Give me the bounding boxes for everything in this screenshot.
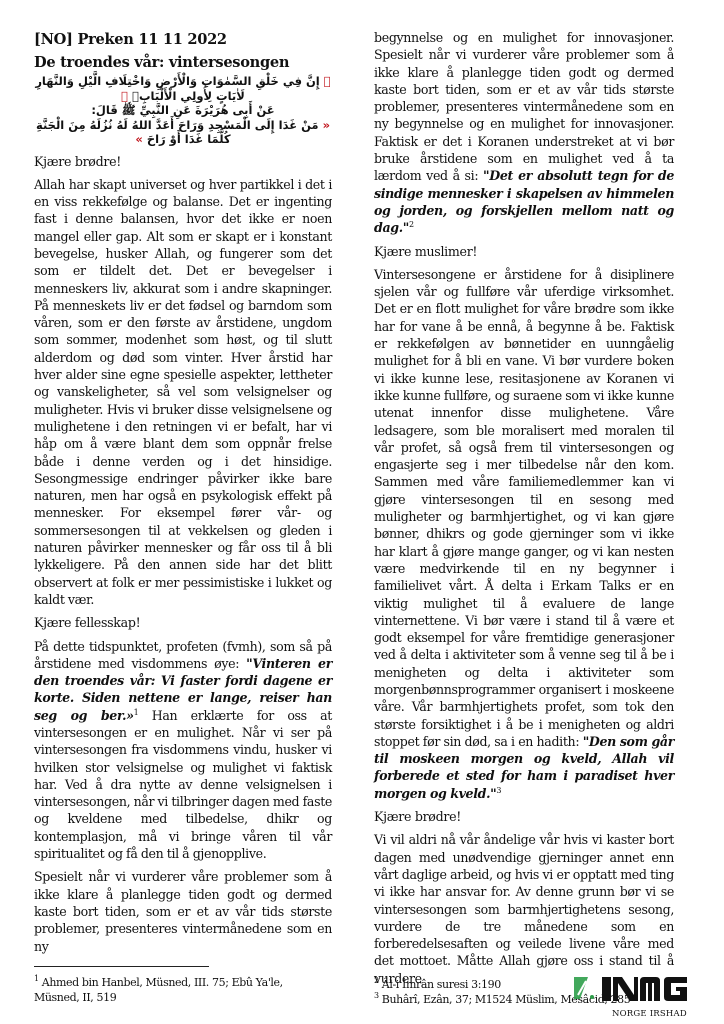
salutation: Kjære fellesskap! xyxy=(34,614,332,631)
paragraph: Vintersesongene er årstidene for å disip… xyxy=(374,266,674,802)
footnote-text: Âl-i İmrân suresi 3:190 xyxy=(379,978,501,991)
arabic-narration: عَنْ أَبِى هُرَيْرَةَ عَنِ النَّبِيِّ ﷺ … xyxy=(34,103,332,118)
arabic-verse: ﴿ إِنَّ فِي خَلْقِ السَّمٰوَاتِ وَالْأَر… xyxy=(34,74,332,103)
arabic-hadith: « مَنْ غَدَا إِلَى الْمَسْجِدِ وَرَاحَ أ… xyxy=(34,118,332,147)
right-column: begynnelse og en mulighet for innovasjon… xyxy=(374,29,674,987)
verse-bracket-close: ﴾ xyxy=(121,89,128,103)
verse-text: إِنَّ فِي خَلْقِ السَّمٰوَاتِ وَالْأَرْض… xyxy=(35,74,319,103)
salutation: Kjære brødre! xyxy=(374,808,674,825)
hadith-text: مَنْ غَدَا إِلَى الْمَسْجِدِ وَرَاحَ أَع… xyxy=(36,118,319,147)
paragraph: Allah har skapt universet og hver partik… xyxy=(34,176,332,608)
paragraph: begynnelse og en mulighet for innovasjon… xyxy=(374,29,674,237)
salutation: Kjære muslimer! xyxy=(374,243,674,260)
left-column: [NO] Preken 11 11 2022 De troendes vår: … xyxy=(34,30,332,955)
footnote-ref[interactable]: 3 xyxy=(496,786,501,795)
logo-subtitle: NORGE IRSHAD xyxy=(612,1009,687,1019)
paragraph: På dette tidspunktet, profeten (fvmh), s… xyxy=(34,638,332,863)
footnote-text: Ahmed bin Hanbel, Müsned, III. 75; Ebû Y… xyxy=(34,976,283,1004)
hadith-quote-open: « xyxy=(323,118,330,132)
verse-bracket-open: ﴿ xyxy=(324,74,331,88)
paragraph-text: Vintersesongene er årstidene for å disip… xyxy=(374,267,674,749)
paragraph: Vi vil aldri nå vår åndelige vår hvis vi… xyxy=(374,831,674,987)
hadith-quote-close: » xyxy=(135,132,142,146)
paragraph-text: Han erklærte for oss at vintersesongen e… xyxy=(34,708,332,861)
paragraph: Spesielt når vi vurderer våre problemer … xyxy=(34,868,332,954)
footnote-divider xyxy=(34,966,209,967)
salutation: Kjære brødre! xyxy=(34,153,332,170)
footnote-1: 1 Ahmed bin Hanbel, Müsned, III. 75; Ebû… xyxy=(34,975,304,1005)
page-title: [NO] Preken 11 11 2022 xyxy=(34,30,332,49)
arabic-block: ﴿ إِنَّ فِي خَلْقِ السَّمٰوَاتِ وَالْأَر… xyxy=(34,74,332,147)
paragraph-text: begynnelse og en mulighet for innovasjon… xyxy=(374,30,674,183)
footnote-ref[interactable]: 2 xyxy=(409,220,414,229)
document-page: [NO] Preken 11 11 2022 De troendes vår: … xyxy=(0,0,724,1024)
sermon-subtitle: De troendes vår: vintersesongen xyxy=(34,53,332,72)
logo-mark-icon xyxy=(572,971,690,1007)
